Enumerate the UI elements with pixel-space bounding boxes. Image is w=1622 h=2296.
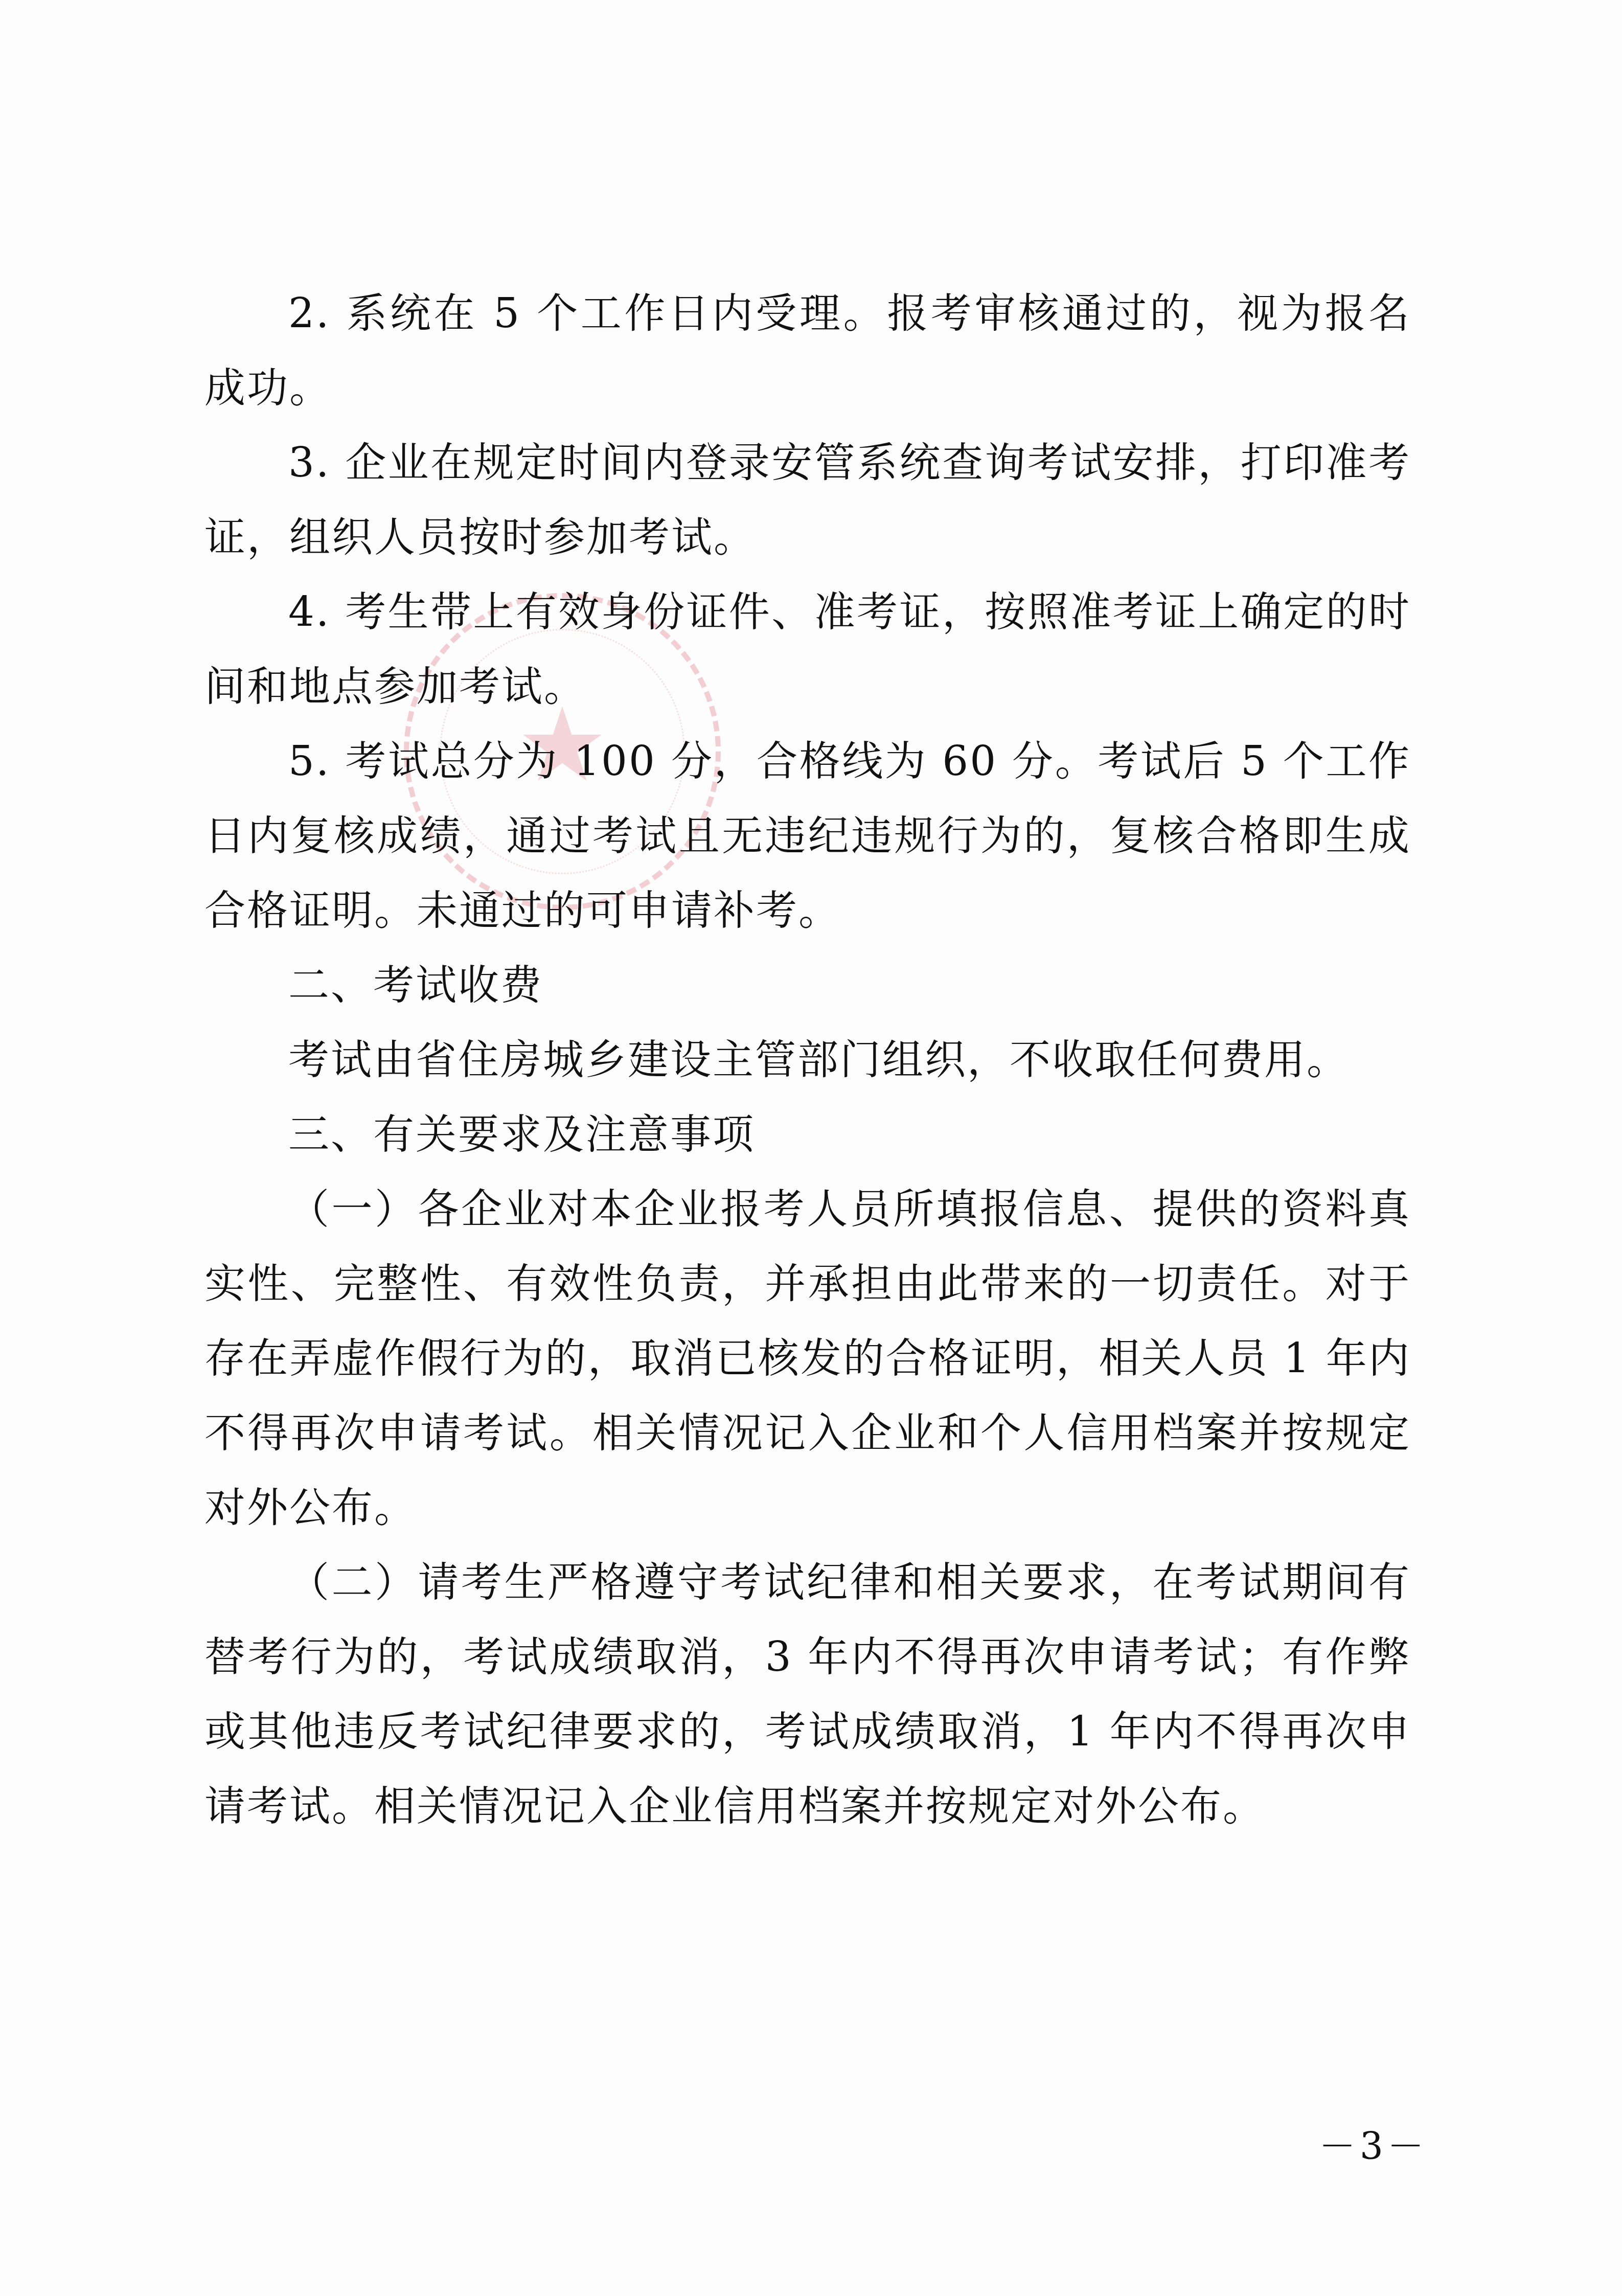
paragraph-item-5-scoring: 5. 考试总分为 100 分，合格线为 60 分。考试后 5 个工作日内复核成绩… — [204, 724, 1411, 948]
paragraph-requirement-1-enterprise-responsibility: （一）各企业对本企业报考人员所填报信息、提供的资料真实性、完整性、有效性负责，并… — [204, 1172, 1411, 1545]
paragraph-item-2-acceptance: 2. 系统在 5 个工作日内受理。报考审核通过的，视为报名成功。 — [204, 276, 1411, 425]
document-body: 2. 系统在 5 个工作日内受理。报考审核通过的，视为报名成功。 3. 企业在规… — [204, 276, 1411, 1844]
page-number: －3－ — [1319, 2117, 1428, 2170]
paragraph-item-4-exam-attendance: 4. 考生带上有效身份证件、准考证，按照准考证上确定的时间和地点参加考试。 — [204, 575, 1411, 724]
paragraph-item-3-exam-arrangement: 3. 企业在规定时间内登录安管系统查询考试安排，打印准考证，组织人员按时参加考试… — [204, 425, 1411, 575]
section-heading-exam-fees: 二、考试收费 — [204, 948, 1411, 1022]
paragraph-exam-fees: 考试由省住房城乡建设主管部门组织，不收取任何费用。 — [204, 1022, 1411, 1097]
paragraph-requirement-2-exam-discipline: （二）请考生严格遵守考试纪律和相关要求，在考试期间有替考行为的，考试成绩取消，3… — [204, 1545, 1411, 1844]
document-page: ★ 2. 系统在 5 个工作日内受理。报考审核通过的，视为报名成功。 3. 企业… — [0, 0, 1622, 2296]
section-heading-requirements: 三、有关要求及注意事项 — [204, 1097, 1411, 1172]
